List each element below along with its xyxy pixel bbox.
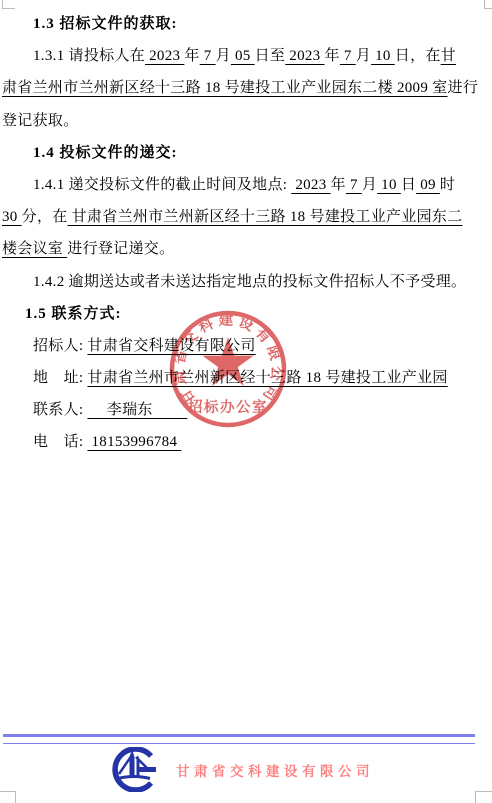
deadline-month-field: 7 (346, 177, 362, 193)
text-segment: 日，在 (395, 48, 441, 64)
document-page: 1.3 招标文件的获取: 1.3.1 请投标人在 2023 年 7 月 05 日… (0, 0, 492, 803)
obtain-start-month-field: 7 (200, 48, 216, 64)
text-segment: 月 (216, 48, 231, 64)
tenderer-label: 招标人: (33, 338, 87, 354)
text-segment: 1.4.1 递交投标文件的截止时间及地点: (33, 177, 291, 193)
obtain-end-year-field: 2023 (285, 48, 324, 64)
text-segment: 分，在 (22, 209, 68, 225)
text-segment: 1.3.1 请投标人在 (33, 48, 145, 64)
obtain-start-year-field: 2023 (145, 48, 184, 64)
phone-number-field: 18153996784 (87, 434, 181, 450)
clause-1-4-1-line-1: 1.4.1 递交投标文件的截止时间及地点: 2023 年 7 月 10 日 09… (2, 169, 490, 201)
obtain-address-field: 甘 (441, 48, 456, 64)
deadline-hour-field: 09 (416, 177, 440, 193)
clause-1-4-1-line-3: 楼会议室 进行登记递交。 (2, 233, 490, 265)
text-segment: 月 (356, 48, 371, 64)
text-segment: 年 (331, 177, 346, 193)
clause-1-4-2: 1.4.2 逾期送达或者未送达指定地点的投标文件招标人不予受理。 (2, 266, 490, 298)
clause-1-3-1-line-1: 1.3.1 请投标人在 2023 年 7 月 05 日至 2023 年 7 月 … (2, 40, 490, 72)
text-segment: 进行登记递交。 (67, 241, 174, 257)
clause-1-3-1-line-3: 登记获取。 (2, 105, 490, 137)
clause-1-3-1-line-2: 肃省兰州市兰州新区经十三路 18 号建投工业产业园东二楼 2009 室进行 (2, 72, 490, 104)
heading-text: 1.4 投标文件的递交: (33, 145, 178, 161)
obtain-end-month-field: 7 (340, 48, 356, 64)
text-segment: 年 (184, 48, 199, 64)
text-segment: 日 (401, 177, 416, 193)
text-segment: 日至 (255, 48, 286, 64)
clause-1-4-1-line-2: 30 分，在 甘肃省兰州市兰州新区经十三路 18 号建投工业产业园东二 (2, 201, 490, 233)
contact-person-label: 联系人: (33, 402, 87, 418)
section-1-4-heading: 1.4 投标文件的递交: (2, 137, 490, 169)
text-segment: 进行 (448, 80, 479, 96)
company-bridge-logo-icon (110, 747, 158, 792)
text-segment: 登记获取。 (2, 113, 79, 129)
text-segment: 时 (440, 177, 455, 193)
company-seal: 甘肃省交科建设有限公司 招标办公室 (165, 306, 291, 432)
submit-address-field: 甘肃省兰州市兰州新区经十三路 18 号建投工业产业园东二 (68, 209, 463, 225)
seal-star-icon (202, 337, 253, 386)
obtain-address-field: 肃省兰州市兰州新区经十三路 18 号建投工业产业园东二楼 2009 室 (2, 80, 448, 96)
text-segment: 月 (362, 177, 377, 193)
text-segment: 年 (325, 48, 340, 64)
heading-text: 1.5 联系方式: (25, 306, 122, 322)
section-1-3-heading: 1.3 招标文件的获取: (2, 8, 490, 40)
text-segment: 1.4.2 逾期送达或者未送达指定地点的投标文件招标人不予受理。 (33, 274, 466, 290)
phone-label: 电 话: (33, 434, 87, 450)
obtain-start-day-field: 05 (231, 48, 255, 64)
deadline-minute-field: 30 (2, 209, 22, 225)
footer-company-name: 甘肃省交科建设有限公司 (176, 760, 374, 780)
heading-text: 1.3 招标文件的获取: (33, 16, 178, 32)
deadline-year-field: 2023 (291, 177, 330, 193)
submit-address-field: 楼会议室 (2, 241, 67, 257)
footer-divider (3, 734, 475, 744)
text-boundary-mark-bottom-right (475, 791, 492, 803)
obtain-end-day-field: 10 (371, 48, 395, 64)
seal-office-text: 招标办公室 (188, 398, 268, 416)
deadline-day-field: 10 (377, 177, 401, 193)
text-boundary-mark-bottom-left (0, 791, 16, 803)
address-label: 地 址: (33, 370, 87, 386)
